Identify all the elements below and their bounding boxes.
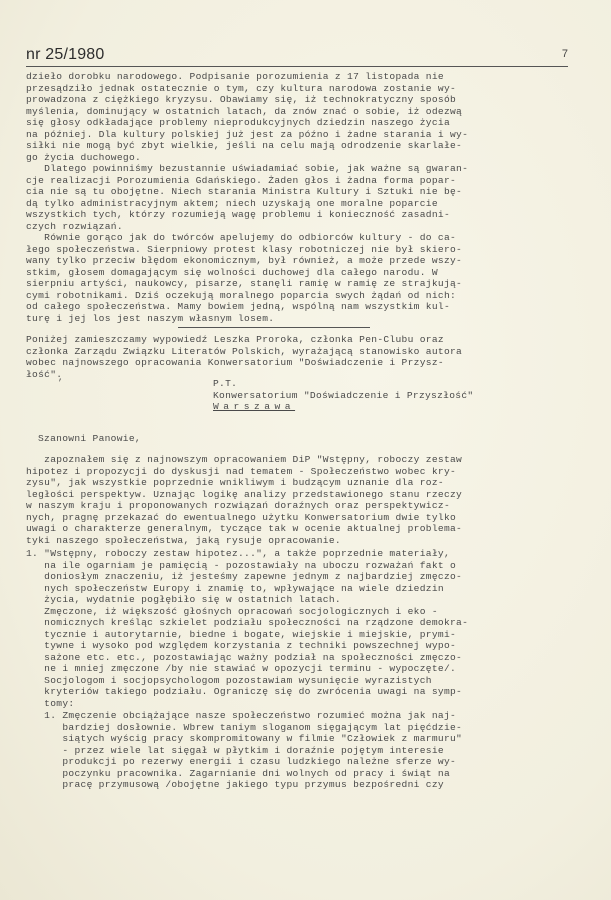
- text-line: sażone etc. etc., pozostawiając ważny po…: [26, 652, 571, 664]
- letter-body: zapoznałem się z najnowszym opracowaniem…: [26, 454, 571, 546]
- text-line: Poniżej zamieszczamy wypowiedź Leszka Pr…: [26, 334, 571, 346]
- text-line: Zmęczone, iż większość głośnych opracowa…: [26, 606, 571, 618]
- text-line: wany tylko przeciw błędom ekonomicznym, …: [26, 255, 571, 267]
- address-city: Warszawa: [213, 401, 473, 413]
- text-line: - przez wiele lat sięgał w płytkim i dor…: [26, 745, 571, 757]
- text-line: poczynku pracownika. Zagarnianie dni wol…: [26, 768, 571, 780]
- text-line: tycznie i autorytarnie, biedne i bogate,…: [26, 629, 571, 641]
- text-line: łego społeczeństwa. Sierpniowy protest k…: [26, 244, 571, 256]
- text-line: stkim, głosem domagającym się wolności d…: [26, 267, 571, 279]
- text-line: zysu", jak wszystkie poprzednie wnikliwy…: [26, 477, 571, 489]
- text-line: tomy:: [26, 698, 571, 710]
- text-line: dzieło dorobku narodowego. Podpisanie po…: [26, 71, 571, 83]
- text-line: Równie gorąco jak do twórców apelujemy d…: [26, 232, 571, 244]
- article-continuation: dzieło dorobku narodowego. Podpisanie po…: [26, 71, 571, 324]
- text-line: nomicznych kreśląc szkielet podziału spo…: [26, 617, 571, 629]
- text-line: uwagi o charakterze generalnym, tyczące …: [26, 523, 571, 535]
- text-line: ne i mniej zmęczone /by nie stawiać w op…: [26, 663, 571, 675]
- text-line: kryteriów takiego podziału. Ograniczę si…: [26, 686, 571, 698]
- text-line: wszystkich tych, którzy rozumieją wagę p…: [26, 209, 571, 221]
- text-line: zapoznałem się z najnowszym opracowaniem…: [26, 454, 571, 466]
- text-line: na ile ogarniam je pamięcią - pozostawia…: [26, 560, 571, 572]
- text-line: członka Zarządu Związku Literatów Polski…: [26, 346, 571, 358]
- text-line: myślenia, dominujący w ostatnich latach,…: [26, 106, 571, 118]
- text-line: go życia duchowego.: [26, 152, 571, 164]
- page-number: 7: [562, 48, 568, 60]
- text-line: hipotez i propozycji do dyskusji nad tem…: [26, 466, 571, 478]
- ink-mark: ,: [58, 373, 63, 383]
- letter-address: P.T. Konwersatorium "Doświadczenie i Prz…: [213, 378, 473, 413]
- page-header: nr 25/1980 7: [26, 48, 568, 67]
- text-line: czych rozwiązań.: [26, 221, 571, 233]
- text-line: 1. "Wstępny, roboczy zestaw hipotez...",…: [26, 548, 571, 560]
- text-line: Socjologom i socjopsychologom pozostawia…: [26, 675, 571, 687]
- text-line: na później. Dla kultury polskiej już jes…: [26, 129, 571, 141]
- text-line: pracę przymusową /obojętne jakiego typu …: [26, 779, 571, 791]
- text-line: produkcji po rezerwy energii i czasu lud…: [26, 756, 571, 768]
- text-line: cia nie są tu obojętne. Niech starania M…: [26, 186, 571, 198]
- text-line: wobec najnowszego opracowania Konwersato…: [26, 357, 571, 369]
- text-line: cje realizacji Porozumienia Gdańskiego. …: [26, 175, 571, 187]
- text-line: siątych wyścig pracy skompromitowany w f…: [26, 733, 571, 745]
- letter-point-1: 1. "Wstępny, roboczy zestaw hipotez...",…: [26, 548, 571, 709]
- text-line: w naszym kraju i proponowanych rozwiązań…: [26, 500, 571, 512]
- text-line: dą tylko administracyjnym aktem; niech u…: [26, 198, 571, 210]
- section-divider: [178, 327, 370, 328]
- text-line: od całego społeczeństwa. Mamy bowiem jed…: [26, 301, 571, 313]
- text-line: nych, pragnę przekazać do ewentualnego u…: [26, 512, 571, 524]
- salutation: Szanowni Panowie,: [26, 433, 571, 445]
- text-line: tyki naszego społeczeństwa, jaką rysuje …: [26, 535, 571, 547]
- text-line: nych społeczeństw Europy i znamię to, wp…: [26, 583, 571, 595]
- text-line: bardziej dosłownie. Wbrew taniym slogano…: [26, 722, 571, 734]
- text-line: życia, wydatnie pogłębiło się w ostatnic…: [26, 594, 571, 606]
- text-line: siłki nie mogą być zbyt wielkie, jeśli n…: [26, 140, 571, 152]
- text-line: cymi robotnikami. Dziś oczekują moralneg…: [26, 290, 571, 302]
- text-line: przesądziło jednak ostatecznie o tym, cz…: [26, 83, 571, 95]
- text-line: tywne i wysoko pod względem korzystania …: [26, 640, 571, 652]
- text-line: 1. Zmęczenie obciążające nasze społeczeń…: [26, 710, 571, 722]
- text-line: sierpniu artyści, naukowcy, pisarze, sta…: [26, 278, 571, 290]
- address-line: P.T.: [213, 378, 473, 390]
- text-line: doniosłym znaczeniu, iż jesteśmy zapewne…: [26, 571, 571, 583]
- address-line: Konwersatorium "Doświadczenie i Przyszło…: [213, 390, 473, 402]
- text-line: ległości perspektyw. Uznając logikę anal…: [26, 489, 571, 501]
- text-line: turę i jej los jest naszym własnym losem…: [26, 313, 571, 325]
- editorial-intro: Poniżej zamieszczamy wypowiedź Leszka Pr…: [26, 334, 571, 380]
- text-line: Dlatego powinniśmy bezustannie uświadami…: [26, 163, 571, 175]
- text-line: prowadzona z ciężkiego kryzysu. Obawiamy…: [26, 94, 571, 106]
- letter-subpoint-1: 1. Zmęczenie obciążające nasze społeczeń…: [26, 710, 571, 791]
- text-line: się głosy odkładające problemy nieproduk…: [26, 117, 571, 129]
- document-page: nr 25/1980 7 dzieło dorobku narodowego. …: [0, 0, 611, 900]
- issue-number: nr 25/1980: [26, 46, 105, 64]
- letter-salutation: Szanowni Panowie,: [26, 433, 571, 445]
